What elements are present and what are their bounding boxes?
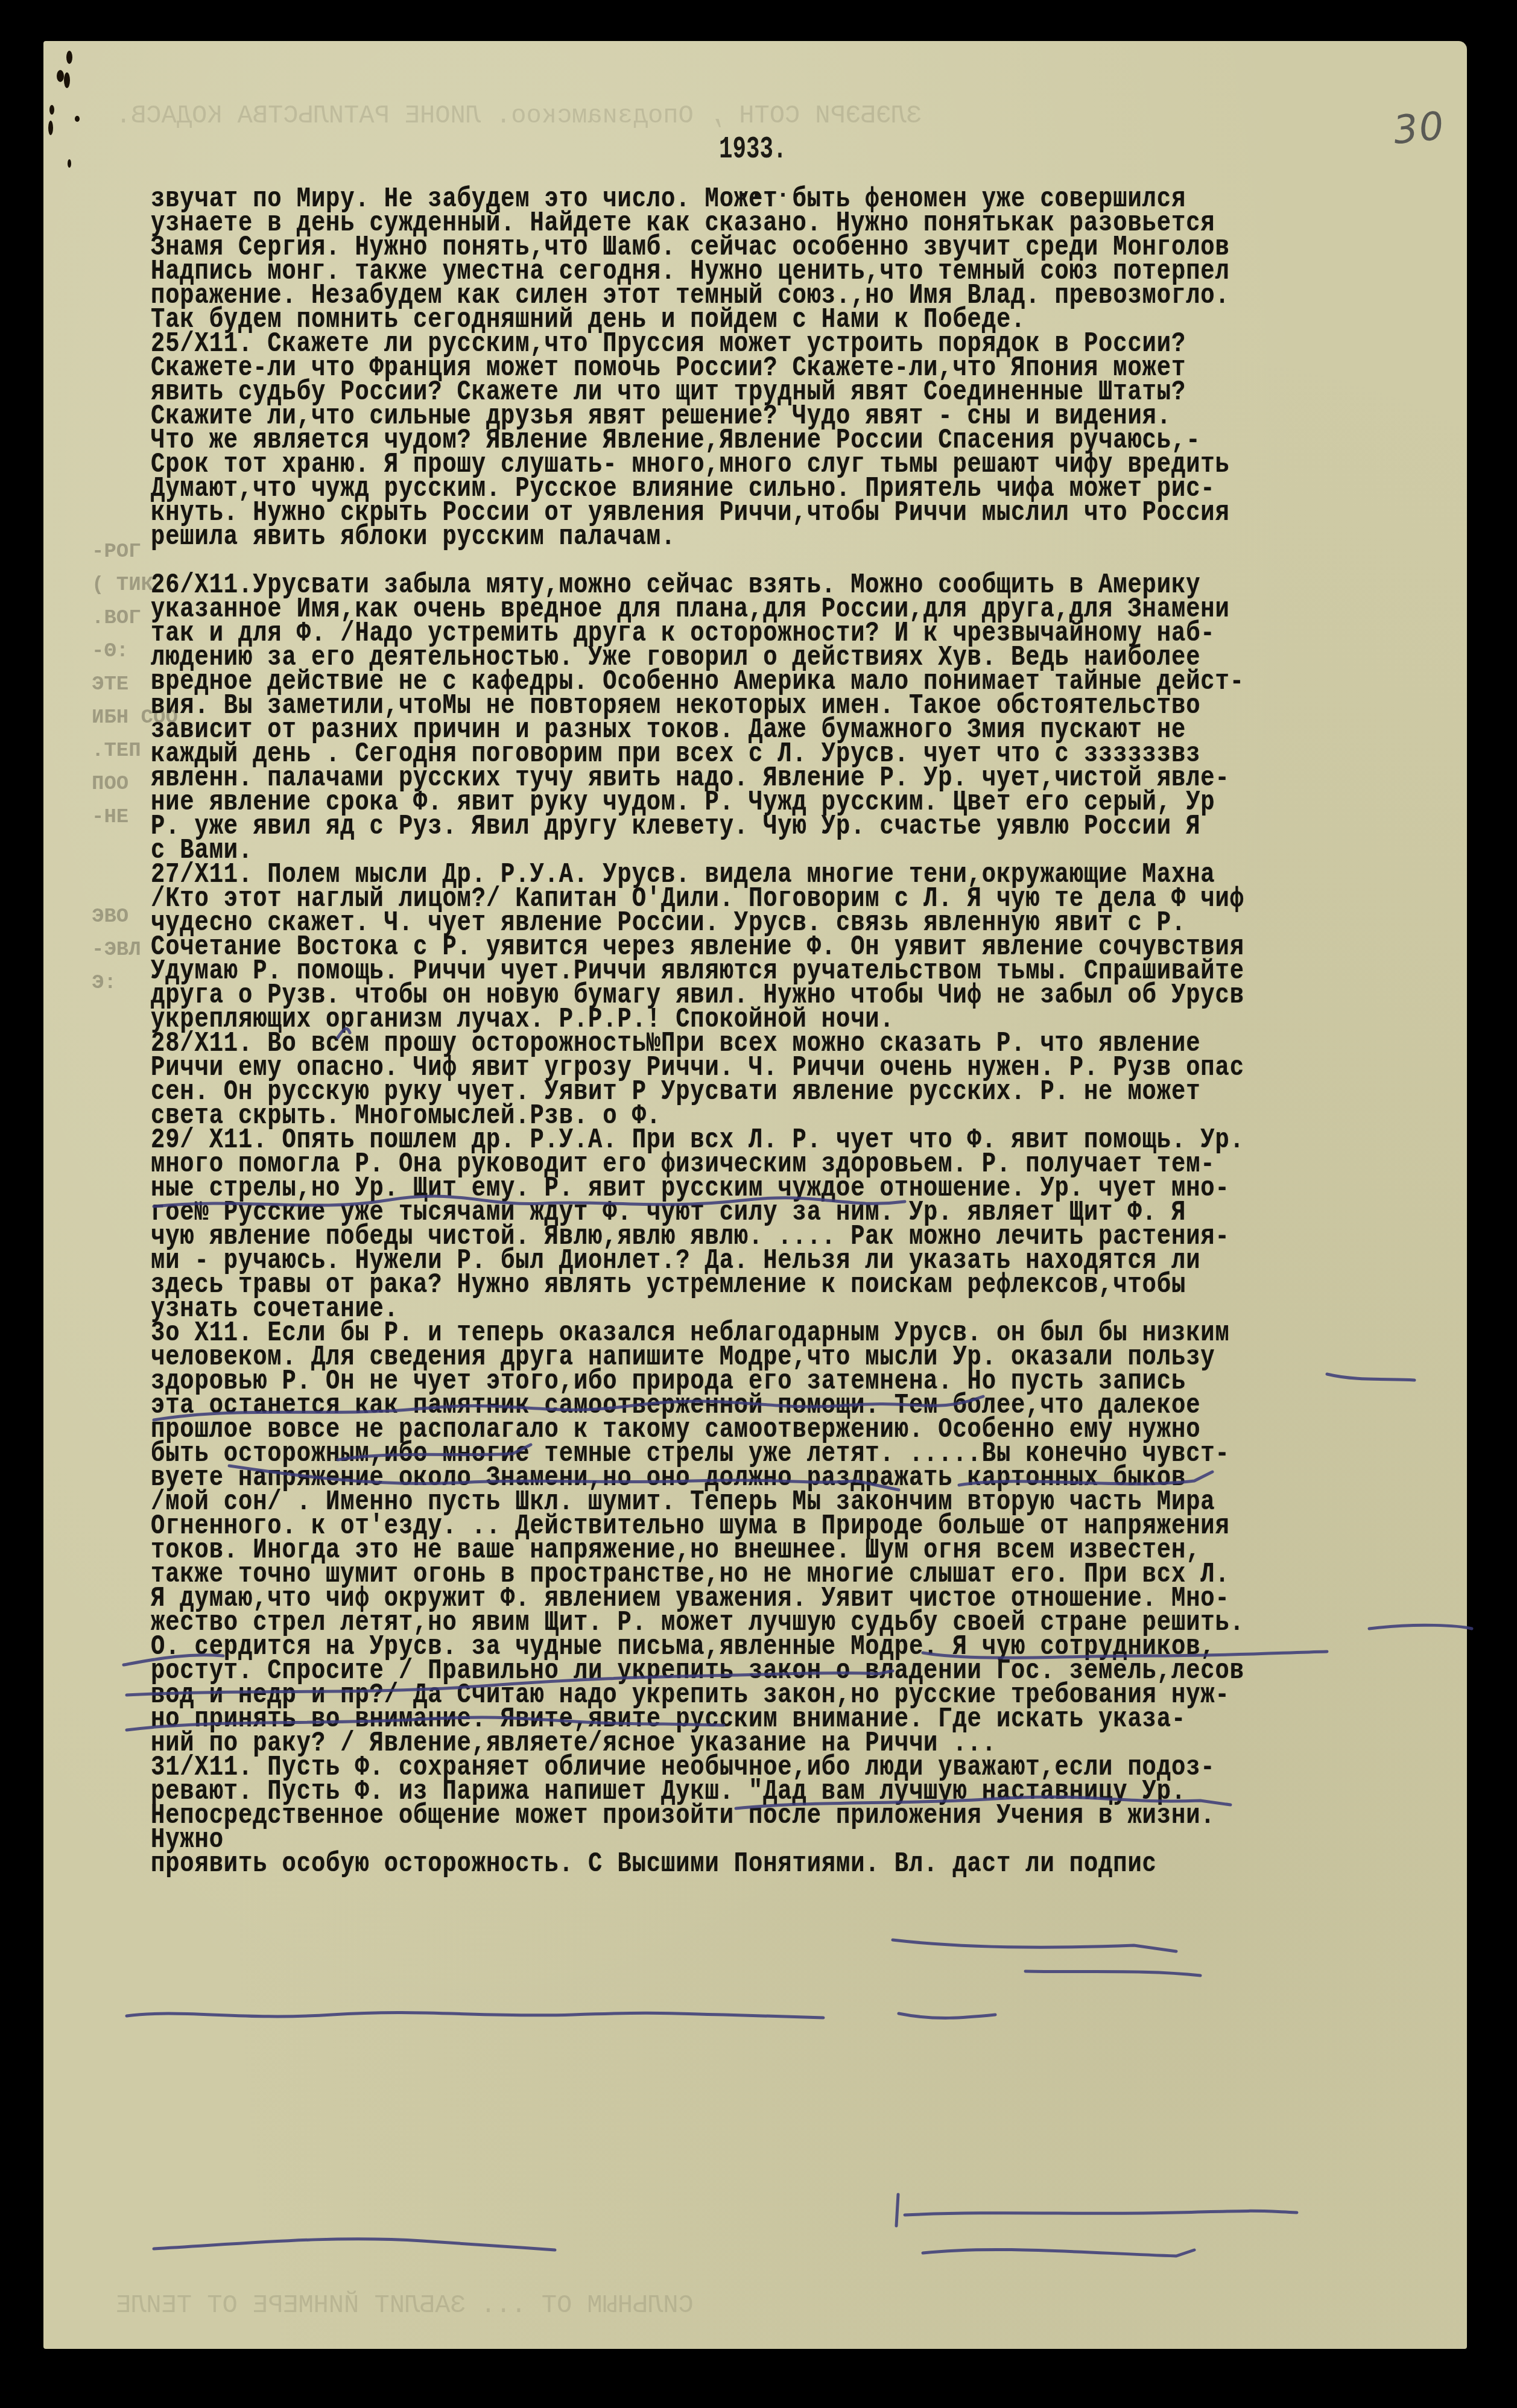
text-line: Р. уже явил яд с Руз. Явил другу клевету… bbox=[151, 814, 1282, 838]
binding-holes bbox=[43, 41, 116, 282]
text-line: решила явить яблоки русским палачам. bbox=[151, 525, 1282, 549]
text-line: проявить особую осторожность. С Высшими … bbox=[151, 1852, 1282, 1876]
text-line: Непосредственное общение может произойти… bbox=[151, 1804, 1282, 1828]
folio-number: 30 bbox=[1391, 104, 1447, 154]
reverse-bleed-text: СИЛЬНЫМ ОТ ... ЗАБЛИТ ЙИНМЕРЕ ОТ ТЕИЛЕ bbox=[116, 2291, 694, 2320]
typed-text-body: звучат по Миру. Не забудем это число. Мо… bbox=[151, 187, 1490, 1876]
reverse-bleed-text: ЗЛЭБЭРИ СОТН , Оподзиамскоо. ЛИОНЕ РАТИЛ… bbox=[116, 101, 922, 130]
year-heading: 1933. bbox=[719, 131, 787, 167]
